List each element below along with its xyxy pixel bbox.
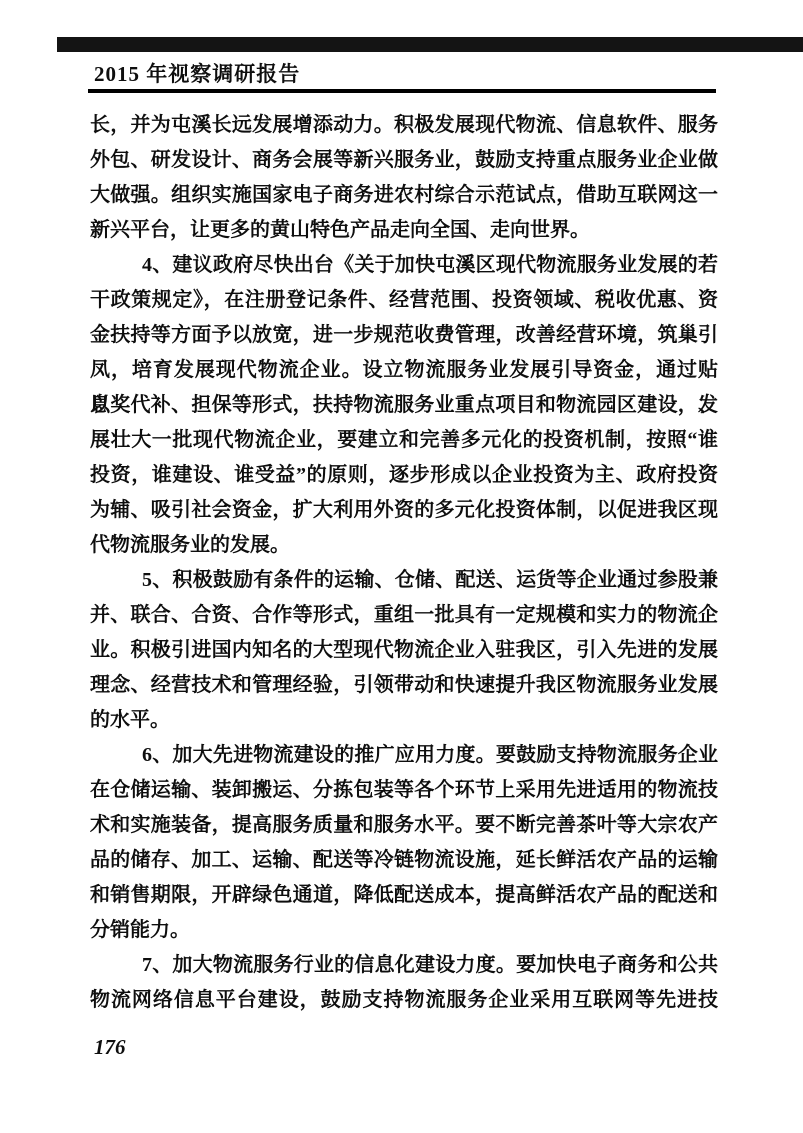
text-line: 7、加大物流服务行业的信息化建设力度。要加快电子商务和公共 <box>90 948 718 983</box>
text-line: 分销能力。 <box>90 913 718 948</box>
document-page: 2015 年视察调研报告 长，并为屯溪长远发展增添动力。积极发展现代物流、信息软… <box>0 0 803 1133</box>
paragraph: 长，并为屯溪长远发展增添动力。积极发展现代物流、信息软件、服务 外包、研发设计、… <box>90 108 718 248</box>
text-line: 物流网络信息平台建设，鼓励支持物流服务企业采用互联网等先进技 <box>90 983 718 1018</box>
text-line: 理念、经营技术和管理经验，引领带动和快速提升我区物流服务业发展 <box>90 668 718 703</box>
text-line: 干政策规定》，在注册登记条件、经营范围、投资领域、税收优惠、资 <box>90 283 718 318</box>
text-line: 长，并为屯溪长远发展增添动力。积极发展现代物流、信息软件、服务 <box>90 108 718 143</box>
text-line: 以奖代补、担保等形式，扶持物流服务业重点项目和物流园区建设，发 <box>90 388 718 423</box>
text-line: 新兴平台，让更多的黄山特色产品走向全国、走向世界。 <box>90 213 718 248</box>
text-line: 金扶持等方面予以放宽，进一步规范收费管理，改善经营环境，筑巢引 <box>90 318 718 353</box>
text-line: 的水平。 <box>90 703 718 738</box>
text-line: 并、联合、合资、合作等形式，重组一批具有一定规模和实力的物流企 <box>90 598 718 633</box>
paragraph: 7、加大物流服务行业的信息化建设力度。要加快电子商务和公共 物流网络信息平台建设… <box>90 948 718 1018</box>
text-line: 大做强。组织实施国家电子商务进农村综合示范试点，借助互联网这一 <box>90 178 718 213</box>
text-line: 业。积极引进国内知名的大型现代物流企业入驻我区，引入先进的发展 <box>90 633 718 668</box>
text-line: 代物流服务业的发展。 <box>90 528 718 563</box>
text-line: 和销售期限，开辟绿色通道，降低配送成本，提高鲜活农产品的配送和 <box>90 878 718 913</box>
text-line: 展壮大一批现代物流企业，要建立和完善多元化的投资机制，按照“谁 <box>90 423 718 458</box>
text-line: 外包、研发设计、商务会展等新兴服务业，鼓励支持重点服务业企业做 <box>90 143 718 178</box>
header-rule <box>88 89 716 93</box>
paragraph: 6、加大先进物流建设的推广应用力度。要鼓励支持物流服务企业 在仓储运输、装卸搬运… <box>90 738 718 948</box>
text-line: 凤，培育发展现代物流企业。设立物流服务业发展引导资金，通过贴息、 <box>90 353 718 388</box>
text-line: 投资，谁建设、谁受益”的原则，逐步形成以企业投资为主、政府投资 <box>90 458 718 493</box>
text-line: 5、积极鼓励有条件的运输、仓储、配送、运货等企业通过参股兼 <box>90 563 718 598</box>
scan-artifact-bar <box>57 37 803 52</box>
document-body: 长，并为屯溪长远发展增添动力。积极发展现代物流、信息软件、服务 外包、研发设计、… <box>90 108 718 1018</box>
paragraph: 4、建议政府尽快出台《关于加快屯溪区现代物流服务业发展的若 干政策规定》，在注册… <box>90 248 718 563</box>
text-line: 6、加大先进物流建设的推广应用力度。要鼓励支持物流服务企业 <box>90 738 718 773</box>
text-line: 术和实施装备，提高服务质量和服务水平。要不断完善茶叶等大宗农产 <box>90 808 718 843</box>
text-line: 品的储存、加工、运输、配送等冷链物流设施，延长鲜活农产品的运输 <box>90 843 718 878</box>
text-line: 4、建议政府尽快出台《关于加快屯溪区现代物流服务业发展的若 <box>90 248 718 283</box>
paragraph: 5、积极鼓励有条件的运输、仓储、配送、运货等企业通过参股兼 并、联合、合资、合作… <box>90 563 718 738</box>
text-line: 为辅、吸引社会资金，扩大利用外资的多元化投资体制，以促进我区现 <box>90 493 718 528</box>
text-line: 在仓储运输、装卸搬运、分拣包装等各个环节上采用先进适用的物流技 <box>90 773 718 808</box>
page-number: 176 <box>94 1035 126 1060</box>
report-header-title: 2015 年视察调研报告 <box>94 58 300 88</box>
